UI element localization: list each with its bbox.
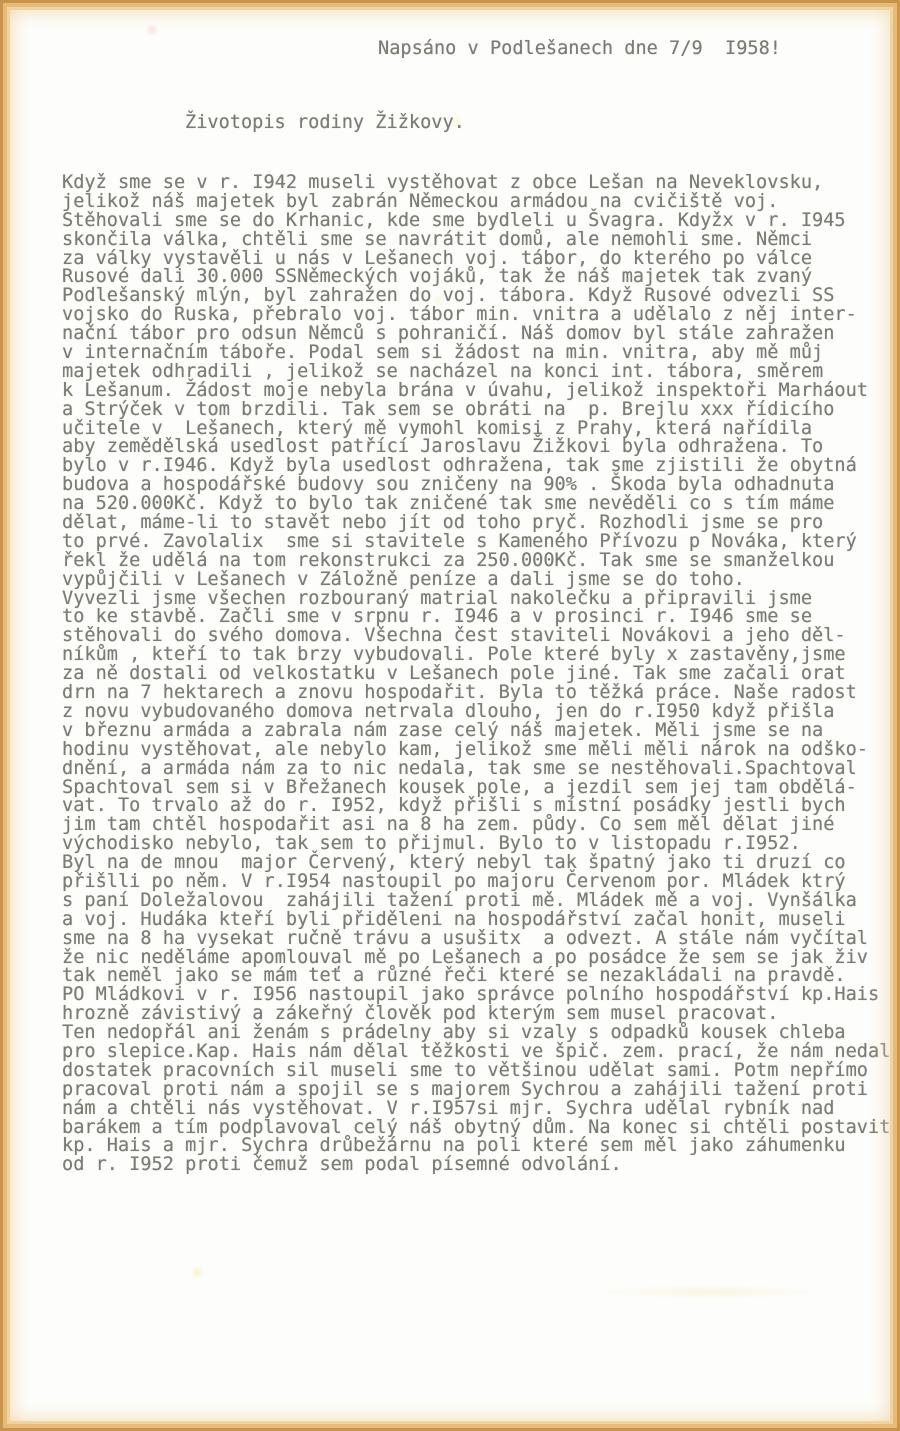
text-line: sme na 8 ha vysekat ručně trávu a usušit…: [62, 930, 900, 949]
text-line: jelikož náš majetek byl zabrán Německou …: [62, 193, 900, 212]
text-line: dostatek pracovních sil museli sme to vě…: [62, 1062, 900, 1081]
text-line: v březnu armáda a zabrala nám zase celý …: [62, 722, 900, 741]
page-title: Životopis rodiny Žižkovy.: [185, 114, 465, 133]
text-line: hodinu vystěhovat, ale nebylo kam, jelik…: [62, 741, 900, 760]
text-line: vypůjčili v Lešanech v Záložně peníze a …: [62, 571, 900, 590]
text-line: nám a chtěli nás vystěhovat. V r.I957si …: [62, 1100, 900, 1119]
text-line: s paní Doležalovou zahájili tažení proti…: [62, 892, 900, 911]
scanned-document-page: Napsáno v Podlešanech dne 7/9 I958! Živo…: [0, 0, 900, 1431]
text-line: Stěhovali sme se do Krhanic, kde sme byd…: [62, 212, 900, 231]
text-line: od r. I952 proti čemuž sem podal písemné…: [62, 1156, 900, 1175]
text-line: a voj. Hudáka kteří byli přiděleni na ho…: [62, 911, 900, 930]
text-line: dnění, a armáda nám za to nic nedala, ta…: [62, 760, 900, 779]
text-line: majetek odhradili , jelikož se nacházel …: [62, 363, 900, 382]
text-line: pracoval proti nám a spojil se s majorem…: [62, 1081, 900, 1100]
text-line: skončila válka, chtěli sme se navrátit d…: [62, 231, 900, 250]
document-body: Když sme se v r. I942 museli vystěhovat …: [62, 174, 900, 1175]
text-line: z novu vybudovaného domova netrvala dlou…: [62, 703, 900, 722]
text-line: a Strýček v tom brzdili. Tak sem se obrá…: [62, 401, 900, 420]
header-dateline: Napsáno v Podlešanech dne 7/9 I958!: [378, 40, 781, 59]
text-line: k Lešanum. Žádost moje nebyla brána v úv…: [62, 382, 900, 401]
text-line: přišlli po něm. V r.I954 nastoupil po ma…: [62, 873, 900, 892]
text-line: řekl že udělá na tom rekonstrukci za 250…: [62, 552, 900, 571]
text-line: to prvé. Zavolalix sme si stavitele s Ka…: [62, 533, 900, 552]
